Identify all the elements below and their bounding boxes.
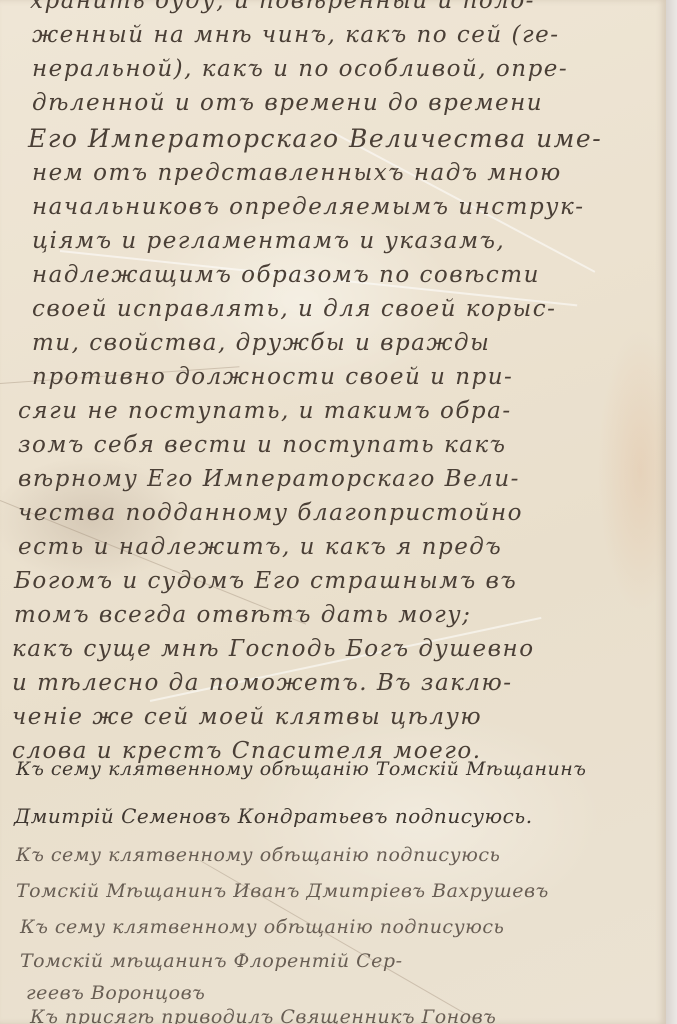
oath-line: вѣрному Его Императорскаго Вели-	[18, 466, 520, 492]
oath-line: женный на мнѣ чинъ, какъ по сей (ге-	[32, 22, 560, 48]
oath-line: нем отъ представленныхъ надъ мною	[32, 160, 562, 186]
oath-line: противно должности своей и при-	[32, 364, 513, 390]
oath-line: и тѣлесно да поможетъ. Въ заклю-	[12, 670, 513, 696]
oath-line: какъ суще мнѣ Господь Богъ душевно	[12, 636, 535, 662]
signature-line: Къ сему клятвенному обѣщанію подписуюсь	[16, 844, 500, 866]
oath-line: неральной), какъ и по особливой, опре-	[32, 56, 568, 82]
signature-line: Томскій мѣщанинъ Флорентій Сер-	[20, 950, 403, 972]
oath-line: ченіе же сей моей клятвы цѣлую	[12, 704, 482, 730]
signature-line: Томскій Мѣщанинъ Иванъ Дмитріевъ Вахруше…	[16, 880, 549, 902]
signature-line: Къ сему клятвенному обѣщанію Томскій Мѣщ…	[16, 758, 586, 780]
scan-edge	[666, 0, 677, 1024]
oath-line: есть и надлежитъ, и какъ я предъ	[18, 534, 502, 560]
signature-line: Къ сему клятвенному обѣщанію подписуюсь	[20, 916, 504, 938]
oath-line: чества подданному благопристойно	[18, 500, 523, 526]
oath-line: дѣленной и отъ времени до времени	[32, 90, 543, 116]
oath-line: Его Императорскаго Величества име-	[28, 124, 602, 153]
oath-line: хранить буду, и повѣренный и поло-	[30, 0, 535, 14]
oath-line: томъ всегда отвѣтъ дать могу;	[14, 602, 471, 628]
oath-line: ти, свойства, дружбы и вражды	[32, 330, 490, 356]
oath-line: зомъ себя вести и поступать какъ	[18, 432, 506, 458]
oath-line: Богомъ и судомъ Его страшнымъ въ	[14, 568, 517, 594]
oath-line: сяги не поступать, и такимъ обра-	[18, 398, 512, 424]
manuscript-page: хранить буду, и повѣренный и поло- женны…	[0, 0, 666, 1024]
signature-line: Дмитрій Семеновъ Кондратьевъ подписуюсь.	[14, 804, 533, 828]
oath-line: ціямъ и регламентамъ и указамъ,	[32, 228, 505, 254]
oath-line: начальниковъ определяемымъ инструк-	[32, 194, 585, 220]
oath-line: надлежащимъ образомъ по совѣсти	[32, 262, 540, 288]
oath-line: своей исправлять, и для своей корыс-	[32, 296, 556, 322]
signature-line: геевъ Воронцовъ	[26, 982, 205, 1004]
signature-line: Къ присягѣ приводилъ Священникъ Гоновъ	[30, 1006, 496, 1024]
